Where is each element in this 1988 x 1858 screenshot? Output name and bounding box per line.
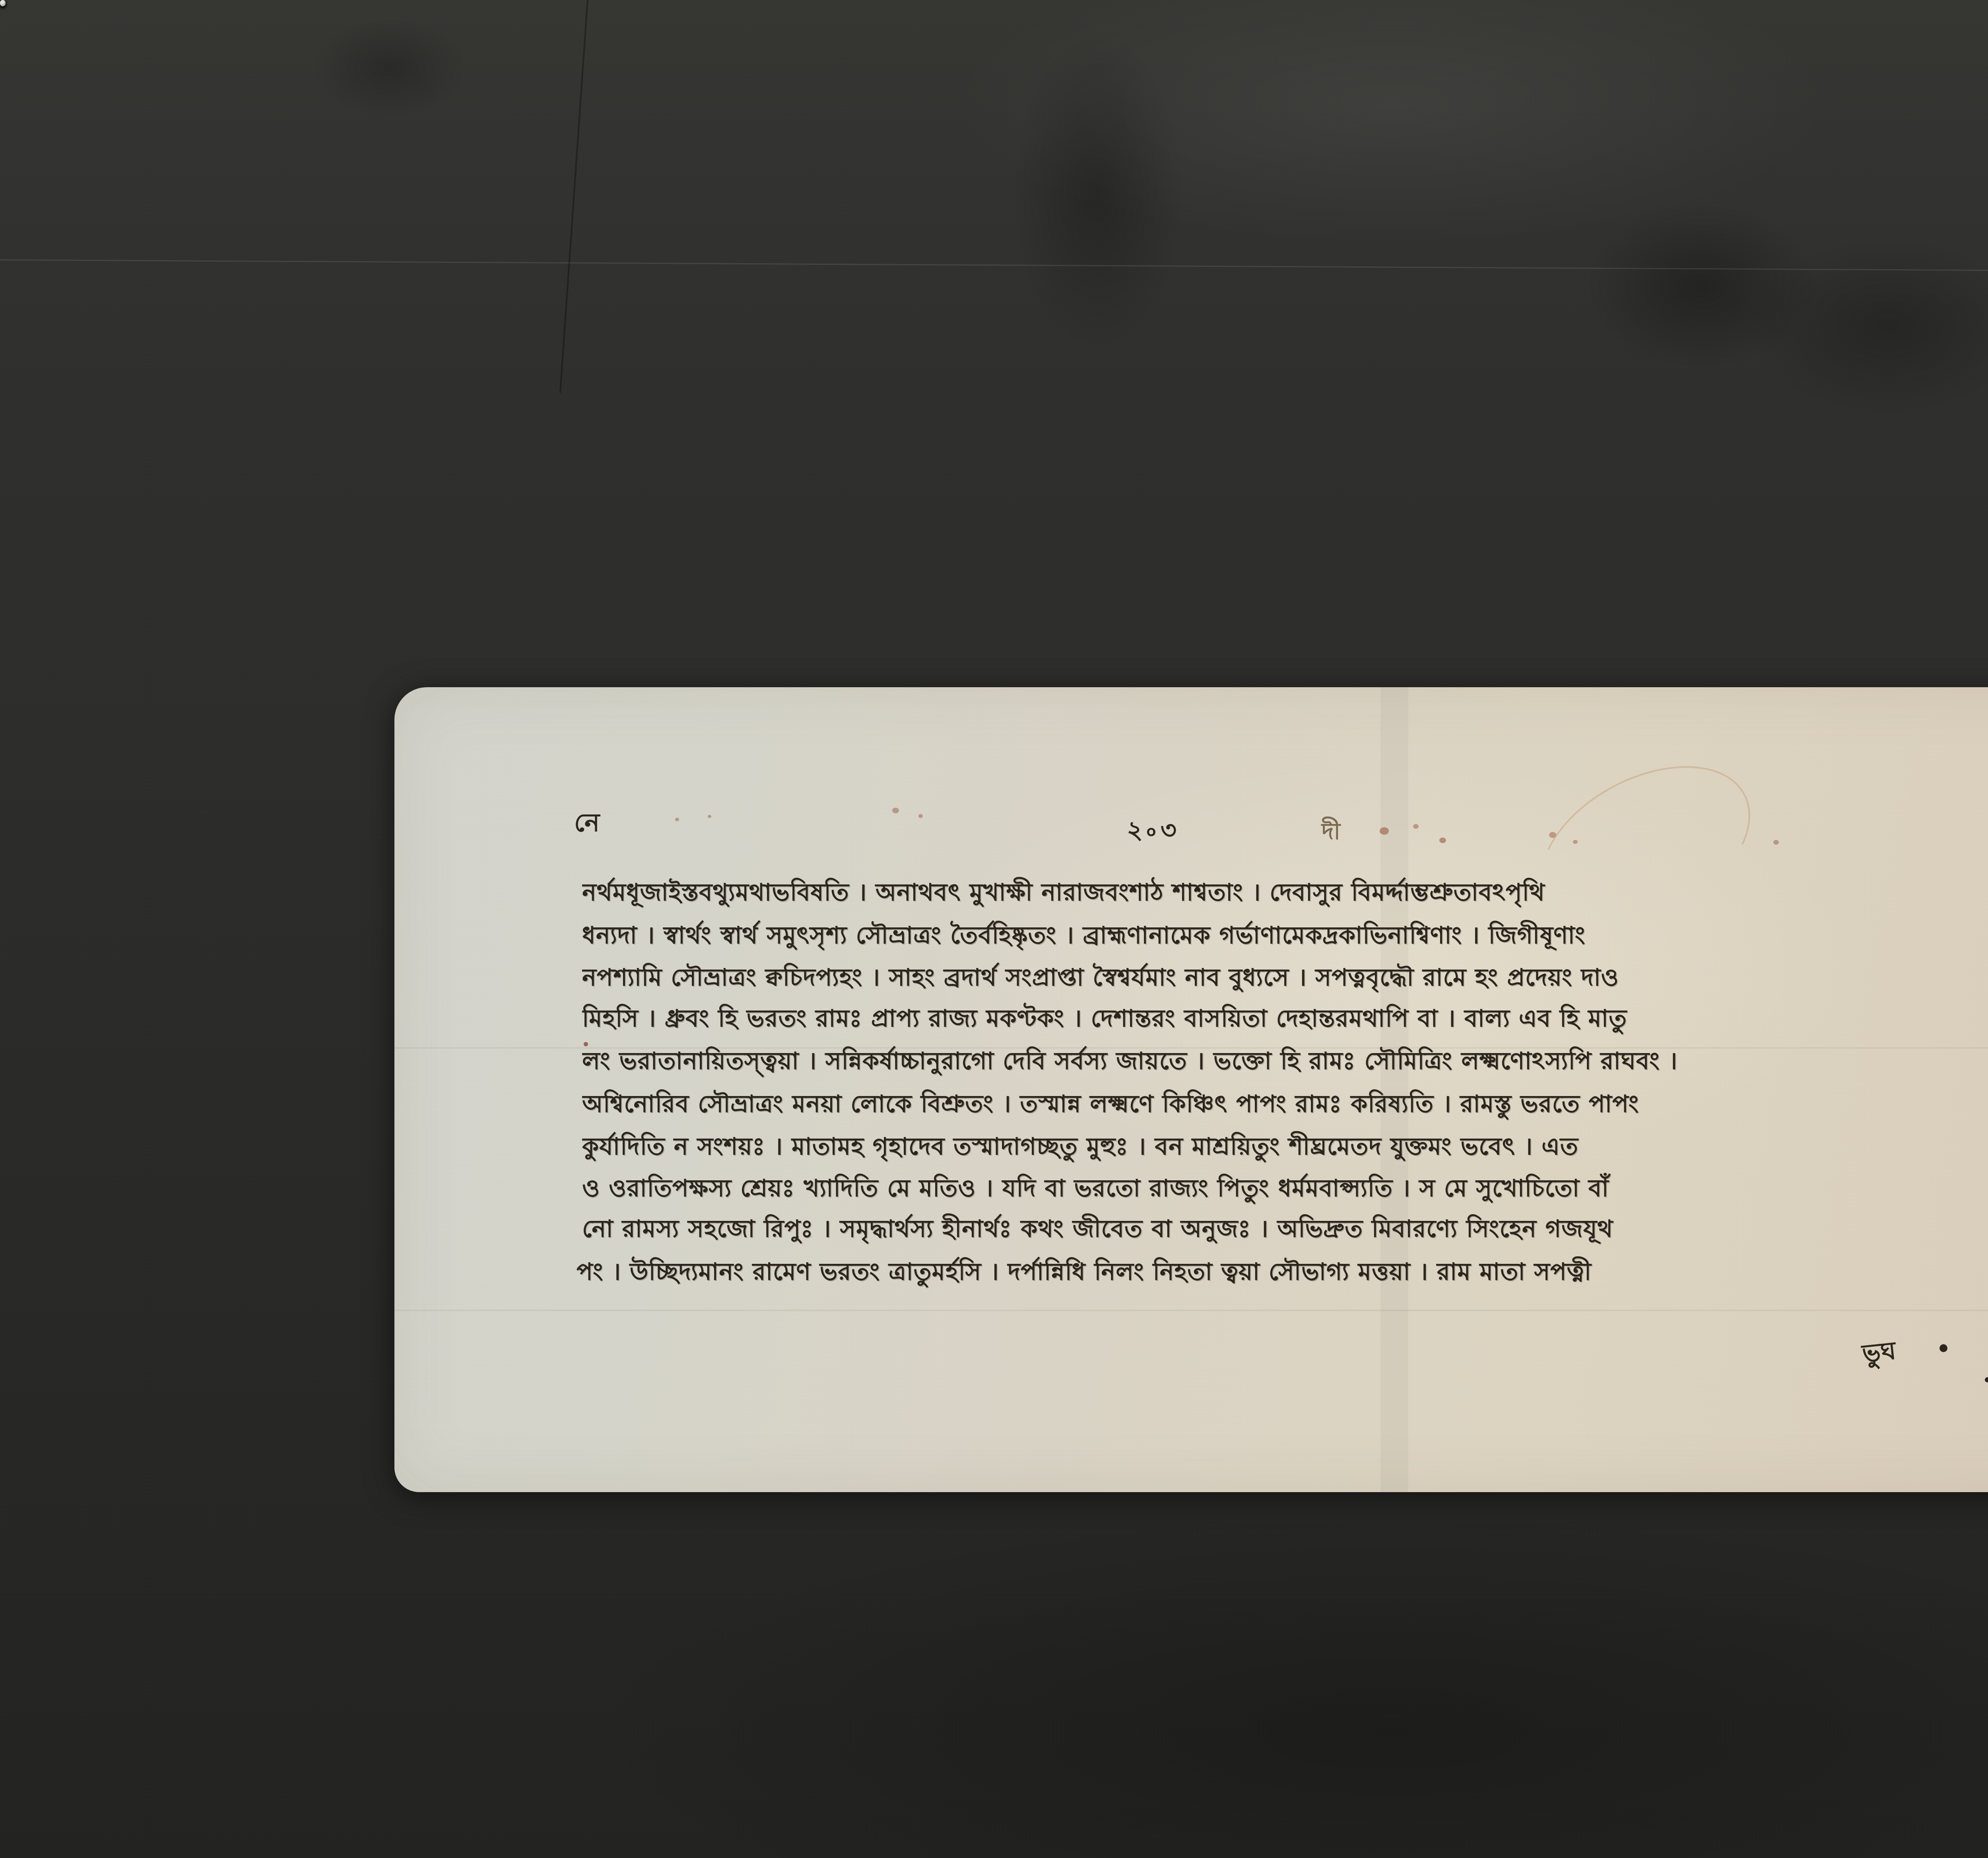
manuscript-line-3: নপশ্যামি সৌভ্রাত্রং ক্বচিদপ্যহং । সাহং ব… (582, 956, 1988, 1001)
manuscript-line-9: নো রামস্য সহজো রিপুঃ । সমৃদ্ধার্থস্য হীন… (582, 1207, 1988, 1253)
manuscript-line-10: পং । উচ্ছিদ্যমানং রামেণ ভরতং ত্রাতুমর্হস… (577, 1250, 1988, 1296)
manuscript-line-5: লং ভরাতানায়িতস্ত্বয়া । সন্নিকর্ষাচ্চান… (582, 1040, 1988, 1085)
manuscript-line-2: ধন্যদা । স্বার্থং স্বার্থ সমুৎসৃশ্য সৌভ্… (582, 914, 1988, 959)
manuscript-photo: ঘা৩ নে ২৹৩ দী ভুঘ নর্থমধূজাইস্তবথ্যুমথাভ… (0, 0, 1988, 1858)
mat-seam-horizontal (0, 259, 1988, 271)
manuscript-line-6: অশ্বিনোরিব সৌভ্রাত্রং মনয়া লোকে বিশ্রুত… (582, 1083, 1988, 1128)
manuscript-line-7: কুর্যাদিতি ন সংশয়ঃ । মাতামহ গৃহাদেব তস্… (582, 1125, 1988, 1170)
manuscript-line-1: নর্থমধূজাইস্তবথ্যুমথাভবিষতি । অনাথবৎ মুখ… (582, 871, 1988, 916)
text-block: নর্থমধূজাইস্তবথ্যুমথাভবিষতি । অনাথবৎ মুখ… (394, 687, 1988, 1492)
mat-seam-diagonal (559, 0, 589, 393)
ink-blot (1985, 1377, 1988, 1382)
manuscript-line-4: মিহসি । ধ্রুবং হি ভরতং রামঃ প্রাপ্য রাজ্… (582, 997, 1988, 1042)
manuscript-line-8: ও ওরাতিপক্ষস্য শ্রেয়ঃ খ্যাদিতি মে মতিও … (582, 1167, 1988, 1212)
manuscript-page: নে ২৹৩ দী ভুঘ নর্থমধূজাইস্তবথ্যুমথাভবিষত… (394, 687, 1988, 1492)
pin-speck (0, 0, 6, 6)
